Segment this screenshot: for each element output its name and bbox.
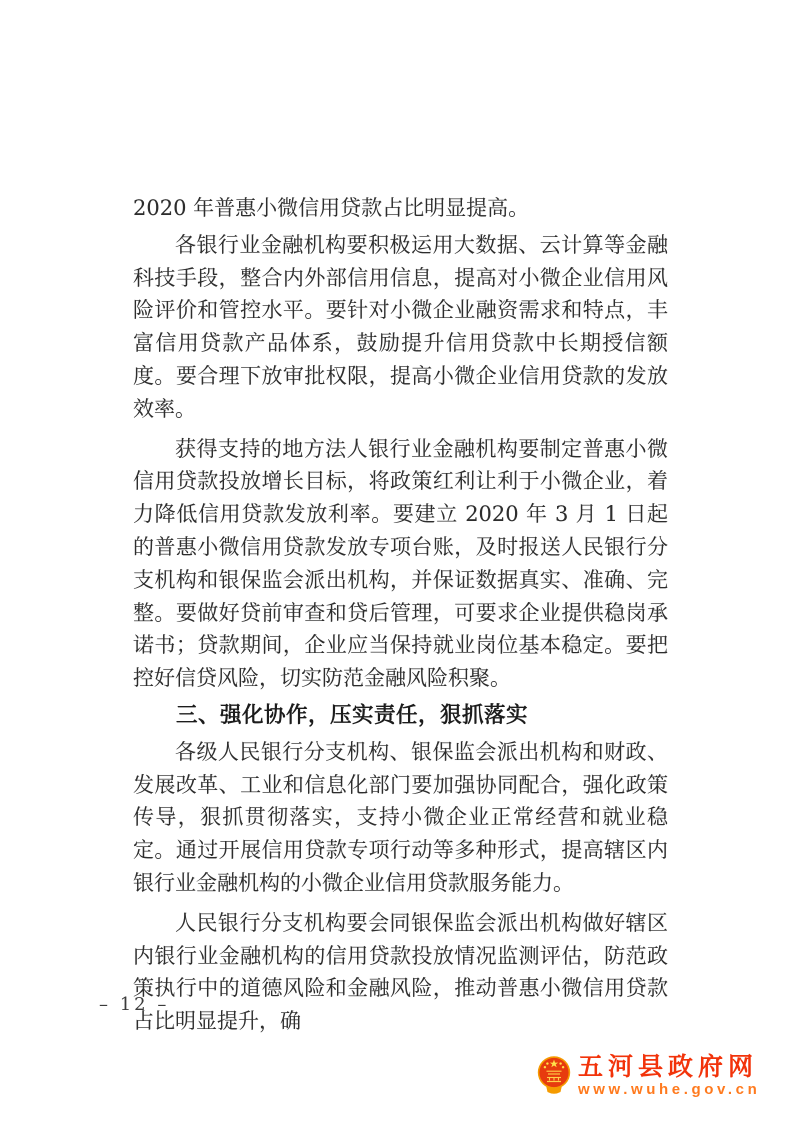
paragraph: 获得支持的地方法人银行业金融机构要制定普惠小微信用贷款投放增长目标，将政策红利让…	[133, 433, 668, 695]
site-watermark: 五河县政府网 www.wuhe.gov.cn	[536, 1054, 760, 1097]
page-number: – 12 –	[99, 994, 169, 1015]
document-page: 2020 年普惠小微信用贷款占比明显提高。 各银行业金融机构要积极运用大数据、云…	[0, 0, 793, 1122]
china-national-emblem-icon	[536, 1054, 572, 1096]
site-url: www.wuhe.gov.cn	[578, 1082, 760, 1097]
site-name: 五河县政府网	[578, 1054, 760, 1081]
paragraph-continuation: 2020 年普惠小微信用贷款占比明显提高。	[133, 192, 668, 225]
section-heading: 三、强化协作，压实责任，狠抓落实	[133, 699, 668, 732]
site-watermark-text: 五河县政府网 www.wuhe.gov.cn	[578, 1054, 760, 1097]
paragraph: 各银行业金融机构要积极运用大数据、云计算等金融科技手段，整合内外部信用信息，提高…	[133, 229, 668, 426]
paragraph: 人民银行分支机构要会同银保监会派出机构做好辖区内银行业金融机构的信用贷款投放情况…	[133, 907, 668, 1038]
document-body: 2020 年普惠小微信用贷款占比明显提高。 各银行业金融机构要积极运用大数据、云…	[133, 192, 668, 1038]
paragraph: 各级人民银行分支机构、银保监会派出机构和财政、发展改革、工业和信息化部门要加强协…	[133, 736, 668, 900]
